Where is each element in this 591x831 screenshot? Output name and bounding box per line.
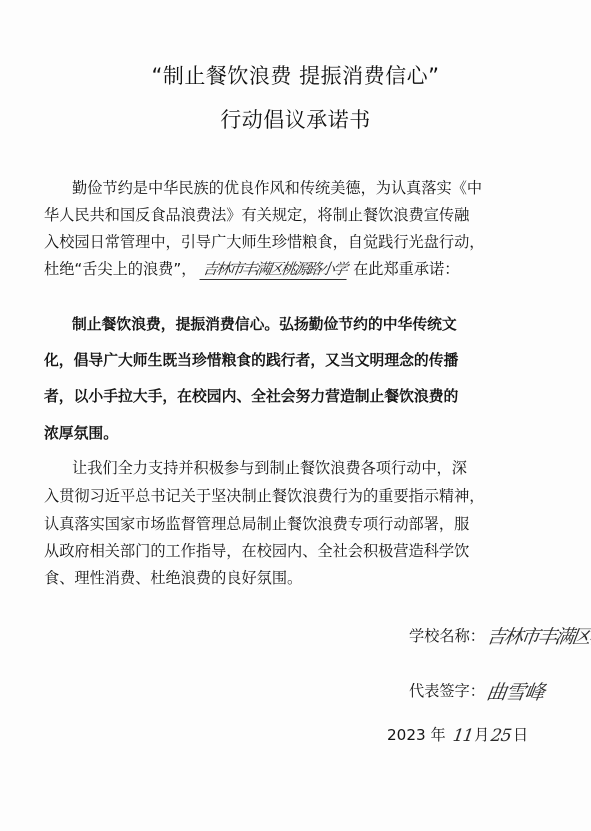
- school-name-row: 学校名称：吉林市丰满区桃源路小学校: [409, 622, 591, 649]
- paragraph-1-line-2: 华人民共和国反食品浪费法》有关规定，将制止餐饮浪费宣传融: [44, 204, 469, 225]
- date-month-handwritten: 11: [451, 726, 473, 746]
- date-year-unit: 年: [430, 726, 445, 744]
- date-day-handwritten: 25: [490, 726, 512, 746]
- representative-label: 代表签字：: [409, 682, 485, 700]
- paragraph-3-line-3: 认真落实国家市场监督管理总局制止餐饮浪费专项行动部署，服: [44, 513, 469, 534]
- paragraph-2-line-4: 浓厚氛围。: [44, 422, 118, 443]
- date-day-unit: 日: [513, 726, 528, 744]
- school-name-label: 学校名称：: [409, 627, 485, 645]
- date-month-unit: 月: [474, 726, 489, 744]
- representative-signature: 曲雪峰: [485, 676, 546, 705]
- document-title-line1: “制止餐饮浪费 提振消费信心”: [0, 60, 591, 90]
- representative-signature-row: 代表签字：曲雪峰: [409, 676, 544, 705]
- paragraph-1-line-4-prefix: 杜绝“舌尖上的浪费”，: [44, 260, 196, 278]
- date-year: 2023: [387, 726, 426, 744]
- document-page: “制止餐饮浪费 提振消费信心” 行动倡议承诺书 勤俭节约是中华民族的优良作风和传…: [0, 0, 591, 831]
- school-name-handwritten: 吉林市丰满区桃源路小学校: [485, 622, 591, 649]
- paragraph-3-line-1: 让我们全力支持并积极参与到制止餐饮浪费各项行动中，深: [72, 457, 467, 478]
- paragraph-1-line-4: 杜绝“舌尖上的浪费”， 吉林市丰满区桃源路小学 在此郑重承诺：: [44, 258, 459, 280]
- paragraph-1-line-4-suffix: 在此郑重承诺：: [353, 260, 459, 278]
- paragraph-2-line-2: 化，倡导广大师生既当珍惜粮食的践行者，又当文明理念的传播: [44, 349, 458, 370]
- paragraph-2-line-1: 制止餐饮浪费，提振消费信心。弘扬勤俭节约的中华传统文: [72, 313, 457, 334]
- handwritten-school-name-inline: 吉林市丰满区桃源路小学: [200, 258, 350, 280]
- date-row: 2023 年 11月25日: [387, 724, 528, 746]
- paragraph-3-line-4: 从政府相关部门的工作指导，在校园内、全社会积极营造科学饮: [44, 540, 469, 561]
- paragraph-3-line-2: 入贯彻习近平总书记关于坚决制止餐饮浪费行为的重要指示精神，: [44, 485, 484, 506]
- paragraph-1-line-3: 入校园日常管理中，引导广大师生珍惜粮食，自觉践行光盘行动，: [44, 231, 484, 252]
- paragraph-2-line-3: 者，以小手拉大手，在校园内、全社会努力营造制止餐饮浪费的: [44, 385, 458, 406]
- paragraph-1-line-1: 勤俭节约是中华民族的优良作风和传统美德，为认真落实《中: [72, 177, 482, 198]
- paragraph-3-line-5: 食、理性消费、杜绝浪费的良好氛围。: [44, 567, 302, 588]
- document-title-line2: 行动倡议承诺书: [0, 104, 591, 134]
